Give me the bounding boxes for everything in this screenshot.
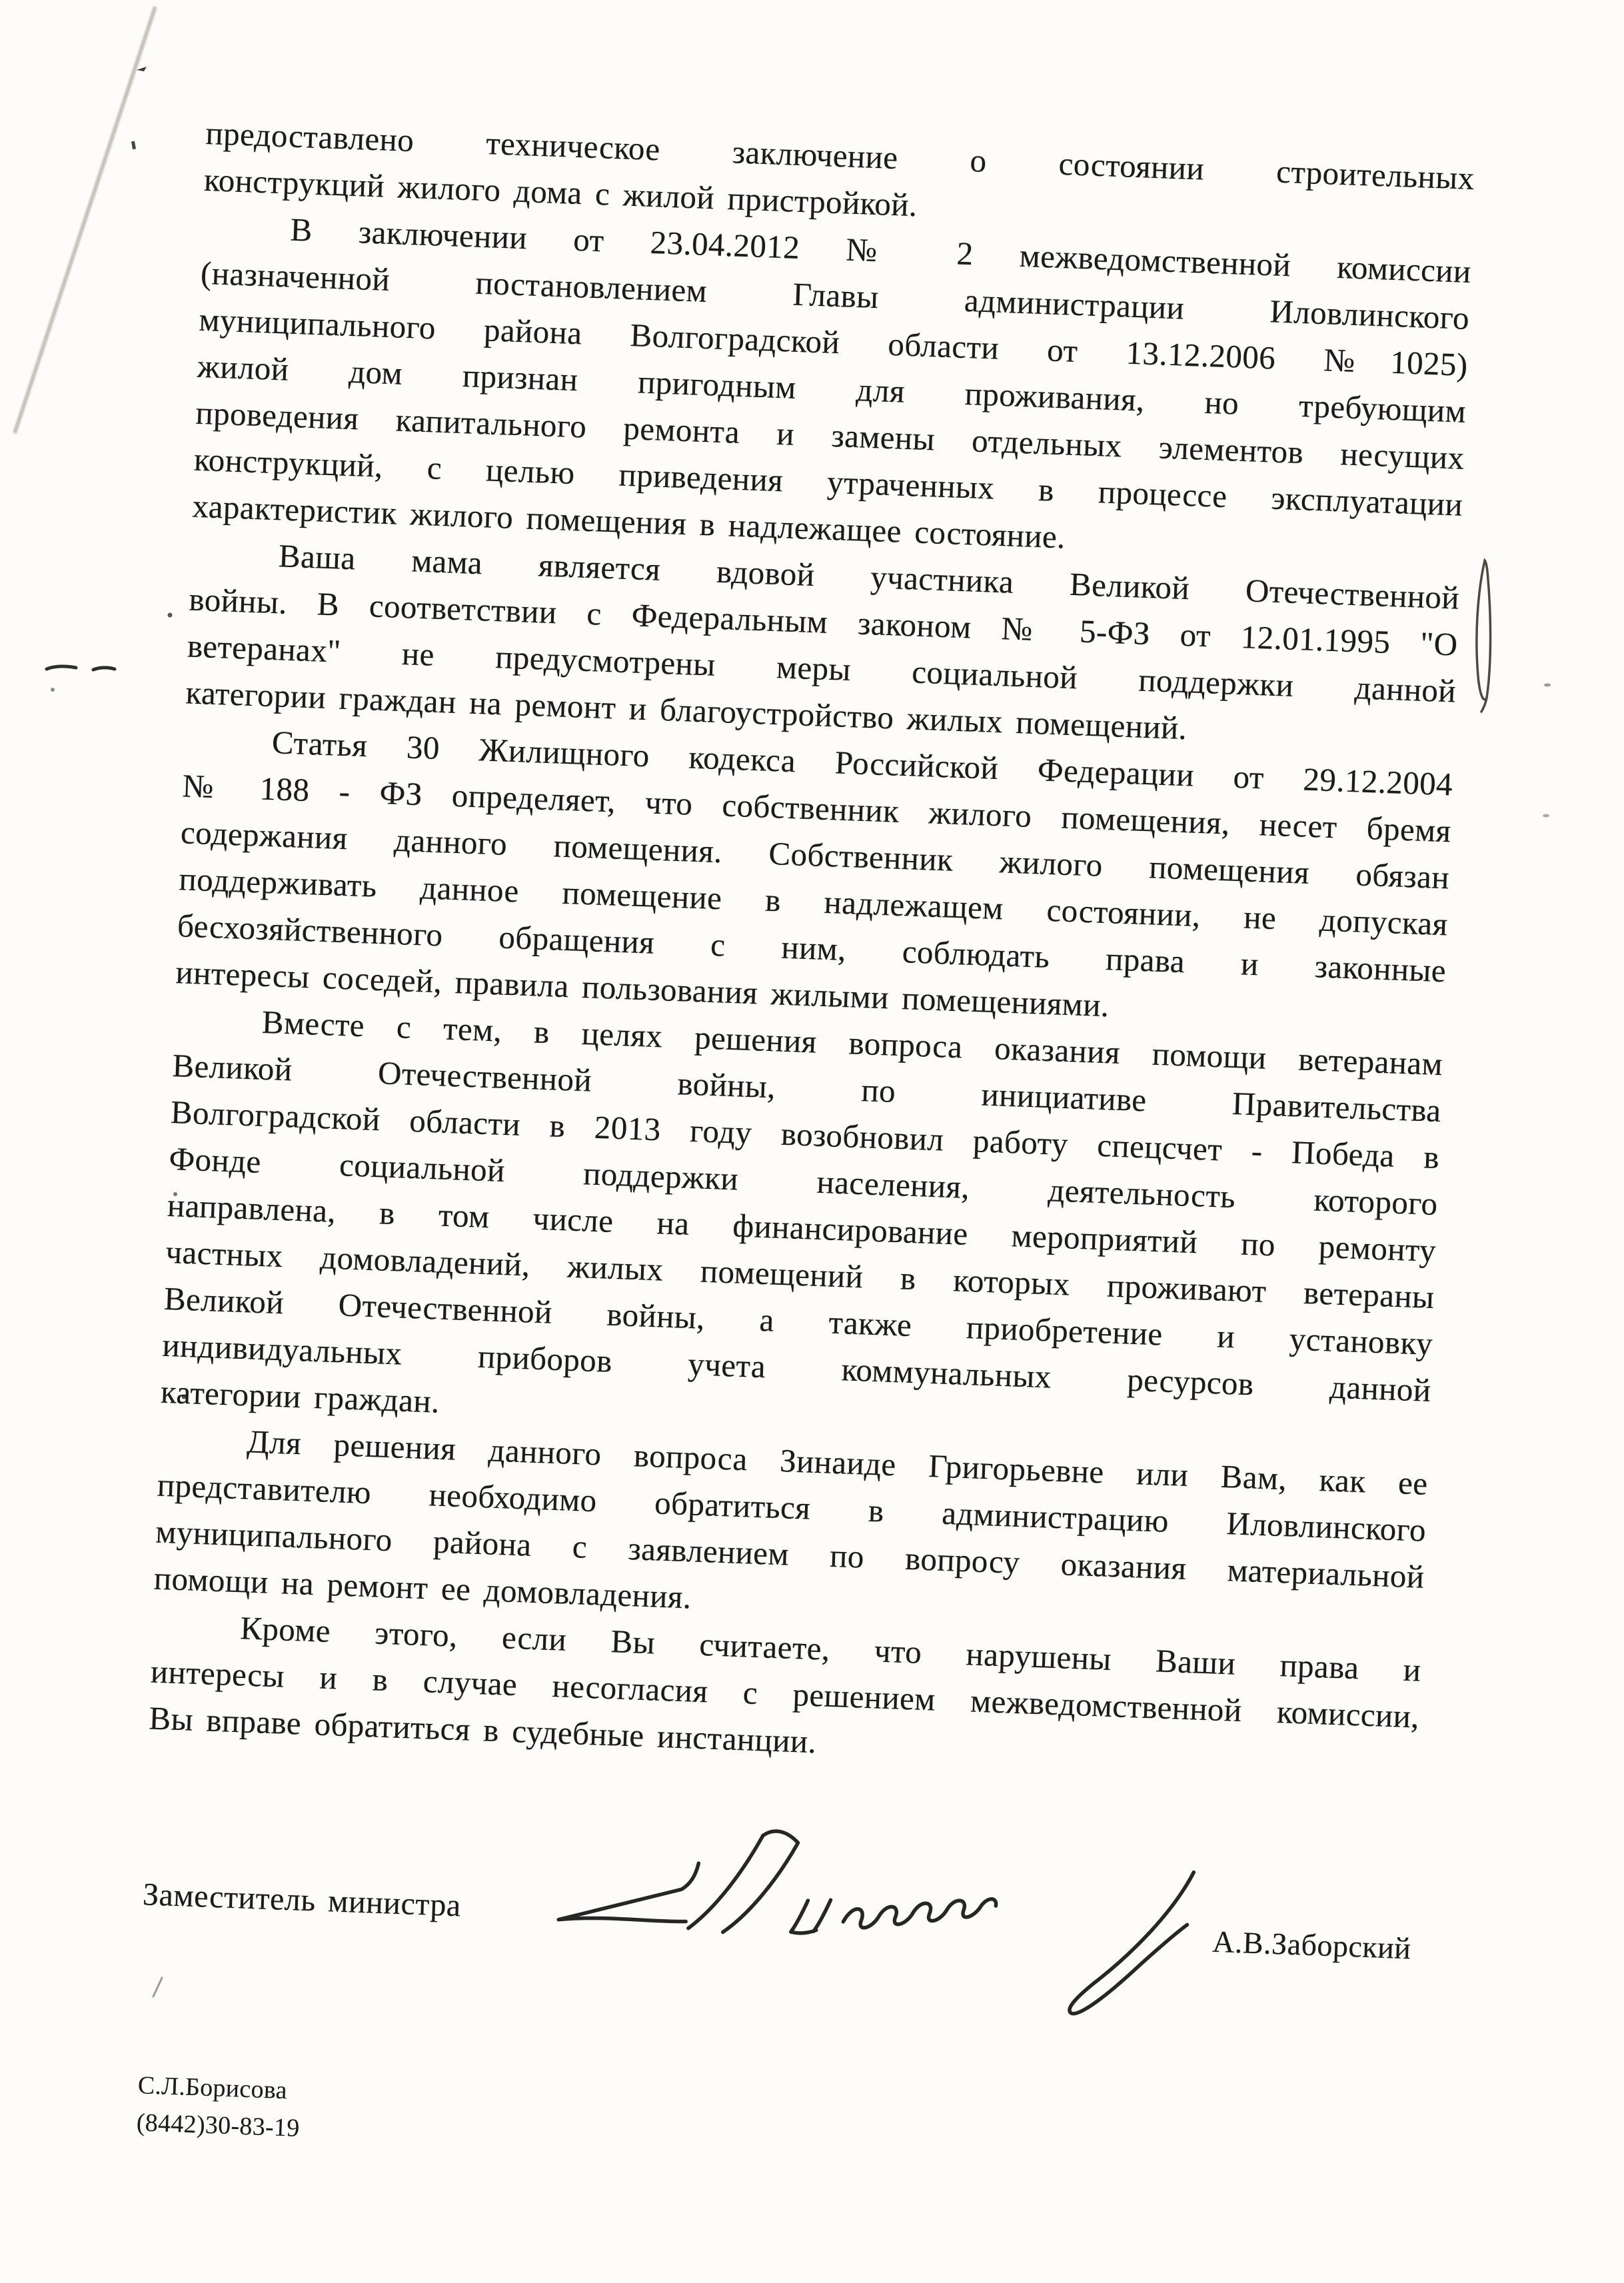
margin-speck	[1544, 684, 1551, 687]
scanned-letter-page: предоставлено техническое заключение о с…	[0, 0, 1624, 2283]
speck-arrow	[137, 67, 147, 71]
signature-stroke	[688, 1833, 763, 1931]
pen-mark-loop	[1477, 560, 1491, 712]
margin-dash	[47, 666, 76, 669]
edge-nick	[131, 141, 136, 150]
letter: предоставлено техническое заключение о с…	[131, 110, 1475, 2283]
margin-dash	[93, 668, 115, 670]
footer-contact: С.Л.Борисова (8442)30-83-19	[136, 2066, 302, 2147]
letter-paragraph: Вместе с тем, в целях решения вопроса ок…	[160, 996, 1443, 1461]
letter-body: предоставлено техническое заключение о с…	[148, 110, 1475, 1787]
signer-title: Заместитель министра	[142, 1876, 462, 1924]
signature-stroke	[843, 1894, 996, 1932]
margin-dot	[168, 613, 173, 618]
margin-speck	[1543, 814, 1549, 818]
contact-name: С.Л.Борисова	[137, 2066, 302, 2110]
fold-crease	[15, 7, 155, 433]
signature-stroke	[1070, 1868, 1194, 2018]
margin-dot	[51, 688, 55, 692]
signature-stroke	[558, 1859, 698, 1924]
letter-paragraph: В заключении от 23.04.2012 № 2 межведомс…	[191, 203, 1471, 575]
handwritten-signature	[539, 1819, 1212, 2023]
signer-name: А.В.Заборский	[1212, 1924, 1411, 1966]
signature-stroke	[791, 1899, 831, 1934]
letter-paragraph: Статья 30 Жилищного кодекса Российской Ф…	[175, 716, 1453, 1041]
contact-phone: (8442)30-83-19	[136, 2104, 301, 2147]
